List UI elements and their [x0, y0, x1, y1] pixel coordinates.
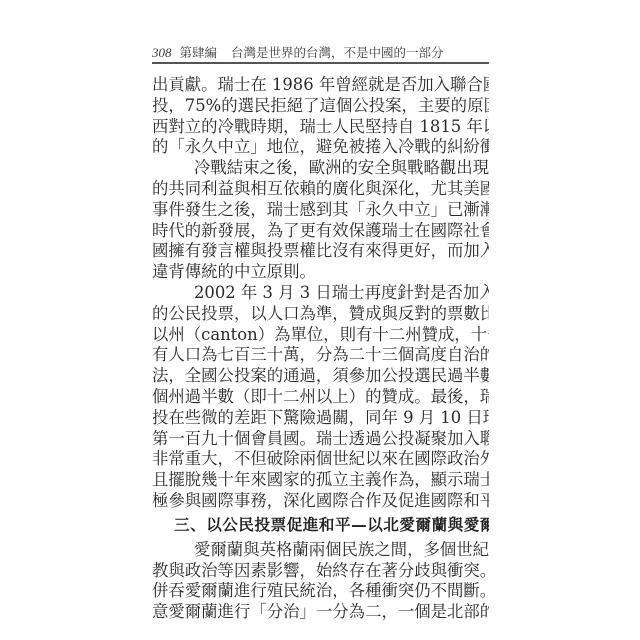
text-line: 非常重大，不但破除兩個世紀以來在國際政治外交中立的傳統，而: [152, 449, 489, 470]
paragraph: 2002 年 3 月 3 日瑞士再度針對是否加入聯合國進行全國性 的公民投票，以…: [152, 283, 489, 512]
text-line: 教與政治等因素影響，始終存在著分歧與衝突。1801 年英格蘭: [152, 561, 489, 582]
text-line: 第一百九十個會員國。瑞士透過公投凝聚加入聯合國的共識，意義: [152, 429, 489, 450]
paragraph: 出貢獻。瑞士在 1986 年曾經就是否加入聯合國進行全國性公 投，75%的選民拒…: [152, 75, 489, 158]
text-line: 出貢獻。瑞士在 1986 年曾經就是否加入聯合國進行全國性公: [152, 75, 489, 96]
text-line: 投，75%的選民拒絕了這個公投案，主要的原因是當時仍處在東: [152, 96, 489, 117]
paragraph: 冷戰結束之後，歐洲的安全與戰略觀出現變化，國與國之間 的共同利益與相互依賴的廣化…: [152, 158, 489, 283]
text-line: 有人口為七百三十萬，分為二十三個高度自治的州。按照瑞士憲: [152, 345, 489, 366]
text-line: 2002 年 3 月 3 日瑞士再度針對是否加入聯合國進行全國性: [152, 283, 489, 304]
text-line: 以州（canton）為單位，則有十二州贊成，十一州反對。瑞士現: [152, 325, 489, 346]
part-label: 第肆編: [180, 45, 218, 60]
text-line: 投在些微的差距下驚險過關，同年 9 月 10 日瑞士正式成為聯合國: [152, 408, 489, 429]
chapter-title: 台灣是世界的台灣，不是中國的一部分: [231, 45, 444, 60]
text-line: 併吞愛爾蘭進行殖民統治，各種衝突仍不間斷。1921 年英國同: [152, 581, 489, 602]
text-line: 極參與國際事務，深化國際合作及促進國際和平的意願及決心。: [152, 491, 489, 512]
text-line: 意愛爾蘭進行「分治」一分為二，一個是北部的六個郡繼續留在: [152, 602, 489, 623]
body-text: 出貢獻。瑞士在 1986 年曾經就是否加入聯合國進行全國性公 投，75%的選民拒…: [152, 75, 489, 623]
running-head: 308第肆編台灣是世界的台灣，不是中國的一部分: [152, 44, 489, 64]
text-line: 違背傳統的中立原則。: [152, 262, 489, 283]
text-line: 事件發生之後，瑞士感到其「永久中立」已漸漸難於適應後冷戰: [152, 200, 489, 221]
text-line: 時代的新發展，為了更有效保護瑞士在國際社會的利益，在聯合: [152, 221, 489, 242]
text-line: 的公民投票，以人口為準，贊成與反對的票數比例約為 55 與 45；: [152, 304, 489, 325]
text-line: 冷戰結束之後，歐洲的安全與戰略觀出現變化，國與國之間: [152, 158, 489, 179]
book-page: 308第肆編台灣是世界的台灣，不是中國的一部分 出貢獻。瑞士在 1986 年曾經…: [152, 44, 489, 623]
paragraph: 愛爾蘭與英格蘭兩個民族之間，多個世紀以來受到文化、宗 教與政治等因素影響，始終存…: [152, 540, 489, 623]
text-line: 愛爾蘭與英格蘭兩個民族之間，多個世紀以來受到文化、宗: [152, 540, 489, 561]
text-line: 個州過半數（即十二州以上）的贊成。最後，瑞士加入聯合國的公: [152, 387, 489, 408]
text-line: 的共同利益與相互依賴的廣化與深化，尤其美國九一一恐怖攻擊: [152, 179, 489, 200]
text-line: 西對立的冷戰時期，瑞士人民堅持自 1815 年以來為國際所承認: [152, 117, 489, 138]
text-line: 的「永久中立」地位，避免被捲入冷戰的糾紛衝突。: [152, 137, 489, 158]
page-number: 308: [152, 45, 172, 60]
text-line: 國擁有發言權與投票權比沒有來得更好，而加入聯合國仍可以不: [152, 241, 489, 262]
text-line: 且擺脫幾十年來國家的孤立主義作為，顯示瑞士人在後冷戰時期積: [152, 470, 489, 491]
text-line: 法，全國公投案的通過，須參加公投選民過半數的贊成以及二十三: [152, 366, 489, 387]
section-heading: 三、以公民投票促進和平—以北愛爾蘭與愛爾蘭共和國為例: [152, 514, 489, 536]
